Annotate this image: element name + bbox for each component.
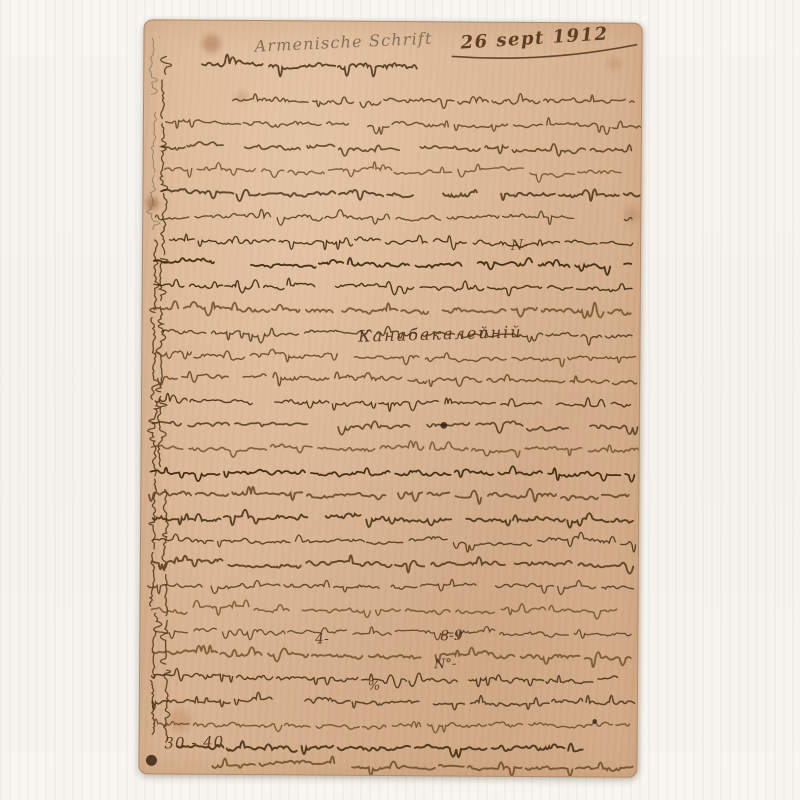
- handwriting-line: [151, 599, 617, 619]
- handwriting-line: [178, 741, 583, 758]
- handwriting-line: [154, 277, 632, 296]
- stain: [607, 57, 621, 71]
- stain: [169, 709, 191, 731]
- legible-fragment: 8-9: [440, 628, 463, 645]
- handwriting-line: [153, 509, 633, 529]
- ink-blot: [592, 719, 597, 724]
- legible-fragment: N°-: [433, 657, 457, 673]
- handwriting-line: [155, 393, 630, 413]
- handwriting-line: [152, 554, 633, 574]
- handwriting-line: [149, 486, 629, 505]
- handwriting-line: [152, 529, 636, 553]
- handwriting-line: [161, 186, 640, 204]
- handwriting-line: [152, 439, 639, 460]
- handwriting-line: [233, 92, 634, 110]
- handwriting-line: [154, 719, 629, 734]
- handwriting-line: [154, 255, 631, 275]
- ink-blot: [440, 422, 447, 429]
- stain: [202, 35, 220, 53]
- handwriting-svg: N-Канабакалейній4-8-9N°-%30 - 40: [139, 20, 641, 776]
- handwriting-line: [153, 645, 631, 667]
- salutation-line: [202, 54, 417, 77]
- handwriting-line: [155, 209, 632, 228]
- handwriting-line: [162, 141, 632, 158]
- handwriting-line: [170, 234, 633, 252]
- legible-fragment: 30 - 40: [164, 733, 224, 753]
- handwriting-line: [154, 300, 631, 319]
- ink-blot: [146, 755, 157, 766]
- margin-note-stroke: [160, 489, 172, 742]
- handwriting-line: [148, 577, 634, 597]
- handwriting-line: [165, 160, 622, 182]
- postcard: N-Канабакалейній4-8-9N°-%30 - 40 Armenis…: [138, 19, 642, 777]
- legible-fragment: Канабакалейній: [357, 322, 523, 346]
- handwriting-line: [151, 464, 635, 484]
- margin-note-line: [160, 489, 172, 742]
- handwriting-line: [212, 756, 633, 777]
- handwriting-line: [166, 115, 641, 136]
- legible-fragment: N-: [510, 237, 529, 254]
- handwriting-line: [152, 419, 637, 437]
- handwriting-line: [155, 624, 631, 642]
- handwriting-line: [158, 371, 637, 389]
- legible-fragment: %: [368, 679, 381, 694]
- handwriting-line: [151, 668, 617, 689]
- handwriting-line: [155, 349, 635, 368]
- handwriting-line: [152, 691, 634, 712]
- legible-fragment: 4-: [314, 631, 329, 647]
